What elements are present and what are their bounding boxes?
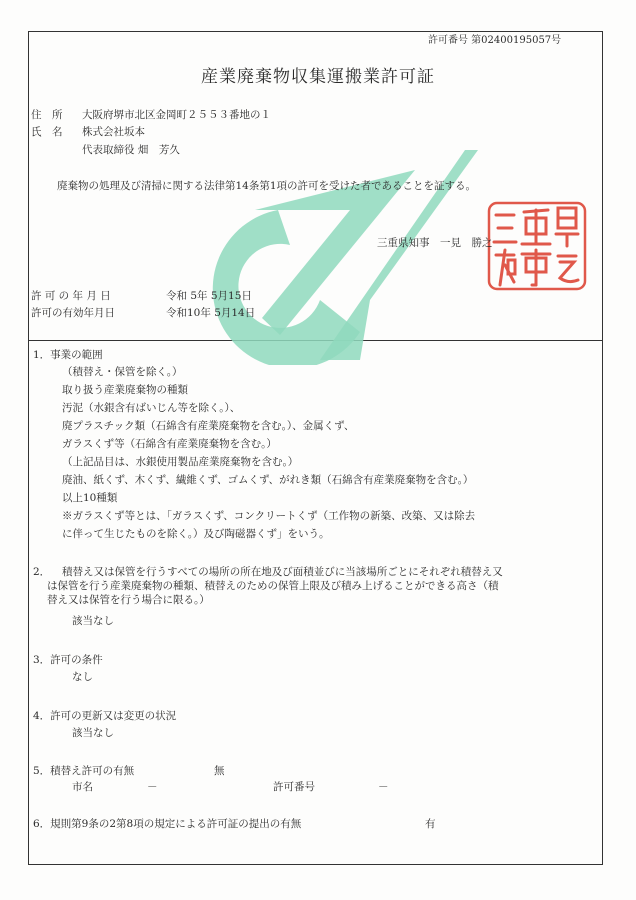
section-1-line: に伴って生じたものを除く。）及び陶磁器くず」をいう。 bbox=[62, 527, 330, 541]
governor-seal-icon bbox=[486, 200, 588, 292]
certification-statement: 廃棄物の処理及び清掃に関する法律第14条第1項の許可を受けた者であることを証する… bbox=[57, 179, 476, 193]
valid-until-label: 許可の有効年月日 bbox=[31, 306, 115, 320]
section-4-heading: 4．許可の更新又は変更の状況 bbox=[33, 709, 176, 723]
city-name-value: － bbox=[147, 780, 158, 794]
section-1-heading: 1．事業の範囲 bbox=[33, 348, 103, 362]
section-3-value: なし bbox=[72, 670, 93, 684]
section-4-value: 該当なし bbox=[72, 726, 114, 740]
section-5-value: 無 bbox=[214, 764, 225, 778]
transfer-permit-number-label: 許可番号 bbox=[273, 780, 315, 794]
permit-number: 許可番号 第02400195057号 bbox=[428, 34, 561, 48]
company-name: 株式会社坂本 bbox=[82, 125, 145, 139]
name-label: 氏 名 bbox=[31, 125, 63, 139]
city-name-label: 市名 bbox=[72, 780, 93, 794]
section-2-line: は保管を行う産業廃棄物の種類、積替えのための保管上限及び積み上げることができる高… bbox=[47, 579, 499, 593]
section-3-heading: 3．許可の条件 bbox=[33, 653, 103, 667]
transfer-permit-number-value: － bbox=[378, 780, 389, 794]
section-1-line: 以上10種類 bbox=[62, 491, 117, 505]
document-title: 産業廃棄物収集運搬業許可証 bbox=[0, 66, 636, 88]
section-1-line: （積替え・保管を除く。） bbox=[62, 365, 183, 379]
section-2-line: 替え又は保管を行う場合に限る。） bbox=[47, 593, 210, 607]
address-value: 大阪府堺市北区金岡町２５５３番地の１ bbox=[82, 108, 271, 122]
section-1-line: 廃油、紙くず、木くず、繊維くず、ゴムくず、がれき類（石綿含有産業廃棄物を含む。） bbox=[62, 473, 473, 487]
section-6-value: 有 bbox=[425, 817, 436, 831]
section-1-line: ガラスくず等（石綿含有産業廃棄物を含む。） bbox=[62, 437, 277, 451]
address-label: 住 所 bbox=[31, 108, 63, 122]
permit-date-label: 許 可 の 年 月 日 bbox=[31, 289, 111, 303]
representative-name: 代表取締役 畑 芳久 bbox=[82, 143, 180, 157]
section-1-line: （上記品目は、水銀使用製品産業廃棄物を含む。） bbox=[62, 455, 298, 469]
section-5-heading: 5．積替え許可の有無 bbox=[33, 764, 134, 778]
section-1-line: ※ガラスくず等とは、「ガラスくず、コンクリートくず（工作物の新築、改築、又は除去 bbox=[62, 509, 475, 523]
valid-until-value: 令和10年 5月14日 bbox=[166, 306, 255, 320]
section-1-line: 廃プラスチック類（石綿含有産業廃棄物を含む。）、金属くず、 bbox=[62, 419, 354, 433]
section-1-line: 汚泥（水銀含有ばいじん等を除く。）、 bbox=[62, 401, 240, 415]
section-2-number: 2． bbox=[33, 565, 50, 579]
section-2-line: 積替え又は保管を行うすべての場所の所在地及び面積並びに当該場所ごとにそれぞれ積替… bbox=[62, 565, 503, 579]
section-1-line: 取り扱う産業廃棄物の種類 bbox=[62, 383, 188, 397]
section-2-value: 該当なし bbox=[72, 614, 114, 628]
section-6-heading: 6．規則第9条の2第8項の規定による許可証の提出の有無 bbox=[33, 817, 301, 831]
permit-date-value: 令和 5年 5月15日 bbox=[166, 289, 252, 303]
issuer-name: 三重県知事 一見 勝之 bbox=[377, 236, 493, 250]
